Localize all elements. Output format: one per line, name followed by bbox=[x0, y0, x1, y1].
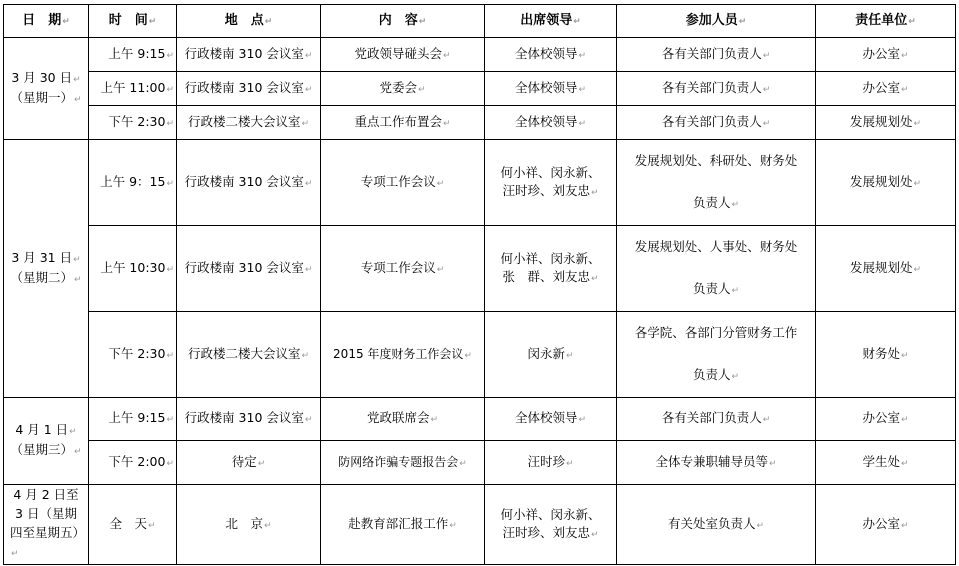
header-attendees: 参加人员 bbox=[617, 5, 816, 38]
place-cell: 行政楼南 310 会议室 bbox=[177, 398, 321, 441]
leaders-cell: 何小祥、闵永新、汪时珍、刘友忠 bbox=[485, 485, 617, 565]
table-row: 4 月 2 日至 3 日（星期四至星期五） 全 天 北 京 赴教育部汇报工作 何… bbox=[4, 485, 956, 565]
content-cell: 党政联席会 bbox=[321, 398, 485, 441]
content-cell: 党委会 bbox=[321, 72, 485, 106]
header-place: 地 点 bbox=[177, 5, 321, 38]
time-cell: 上午 9：15 bbox=[89, 140, 177, 226]
table-row: 上午 10:30 行政楼南 310 会议室 专项工作会议 何小祥、闵永新、张 群… bbox=[4, 226, 956, 312]
attendees-cell: 全体专兼职辅导员等 bbox=[617, 441, 816, 485]
content-cell: 专项工作会议 bbox=[321, 140, 485, 226]
content-cell: 防网络诈骗专题报告会 bbox=[321, 441, 485, 485]
leaders-cell: 何小祥、闵永新、张 群、刘友忠 bbox=[485, 226, 617, 312]
unit-cell: 财务处 bbox=[816, 312, 956, 398]
date-cell: 3 月 31 日（星期二） bbox=[4, 140, 89, 398]
time-cell: 下午 2:00 bbox=[89, 441, 177, 485]
header-unit: 责任单位 bbox=[816, 5, 956, 38]
content-cell: 2015 年度财务工作会议 bbox=[321, 312, 485, 398]
time-cell: 上午 9:15 bbox=[89, 38, 177, 72]
place-cell: 行政楼南 310 会议室 bbox=[177, 140, 321, 226]
content-cell: 重点工作布置会 bbox=[321, 106, 485, 140]
time-cell: 全 天 bbox=[89, 485, 177, 565]
unit-cell: 发展规划处 bbox=[816, 140, 956, 226]
place-cell: 待定 bbox=[177, 441, 321, 485]
header-leaders: 出席领导 bbox=[485, 5, 617, 38]
place-cell: 北 京 bbox=[177, 485, 321, 565]
header-date: 日 期 bbox=[4, 5, 89, 38]
table-row: 下午 2:30 行政楼二楼大会议室 2015 年度财务工作会议 闵永新 各学院、… bbox=[4, 312, 956, 398]
date-cell: 3 月 30 日（星期一） bbox=[4, 38, 89, 140]
attendees-cell: 各学院、各部门分管财务工作负责人 bbox=[617, 312, 816, 398]
time-cell: 下午 2:30 bbox=[89, 312, 177, 398]
leaders-cell: 闵永新 bbox=[485, 312, 617, 398]
attendees-cell: 发展规划处、科研处、财务处负责人 bbox=[617, 140, 816, 226]
header-row: 日 期 时 间 地 点 内 容 出席领导 参加人员 责任单位 bbox=[4, 5, 956, 38]
leaders-cell: 何小祥、闵永新、汪时珍、刘友忠 bbox=[485, 140, 617, 226]
attendees-cell: 有关处室负责人 bbox=[617, 485, 816, 565]
leaders-cell: 全体校领导 bbox=[485, 398, 617, 441]
leaders-cell: 全体校领导 bbox=[485, 106, 617, 140]
time-cell: 上午 10:30 bbox=[89, 226, 177, 312]
attendees-cell: 各有关部门负责人 bbox=[617, 398, 816, 441]
time-cell: 上午 11:00 bbox=[89, 72, 177, 106]
header-time: 时 间 bbox=[89, 5, 177, 38]
content-cell: 专项工作会议 bbox=[321, 226, 485, 312]
unit-cell: 办公室 bbox=[816, 485, 956, 565]
unit-cell: 发展规划处 bbox=[816, 106, 956, 140]
attendees-cell: 发展规划处、人事处、财务处负责人 bbox=[617, 226, 816, 312]
schedule-table: 日 期 时 间 地 点 内 容 出席领导 参加人员 责任单位 3 月 30 日（… bbox=[3, 4, 956, 565]
time-cell: 上午 9:15 bbox=[89, 398, 177, 441]
place-cell: 行政楼二楼大会议室 bbox=[177, 106, 321, 140]
leaders-cell: 全体校领导 bbox=[485, 38, 617, 72]
header-content: 内 容 bbox=[321, 5, 485, 38]
unit-cell: 学生处 bbox=[816, 441, 956, 485]
leaders-cell: 汪时珍 bbox=[485, 441, 617, 485]
content-cell: 赴教育部汇报工作 bbox=[321, 485, 485, 565]
place-cell: 行政楼南 310 会议室 bbox=[177, 38, 321, 72]
unit-cell: 办公室 bbox=[816, 72, 956, 106]
place-cell: 行政楼南 310 会议室 bbox=[177, 72, 321, 106]
attendees-cell: 各有关部门负责人 bbox=[617, 72, 816, 106]
date-cell: 4 月 2 日至 3 日（星期四至星期五） bbox=[4, 485, 89, 565]
unit-cell: 办公室 bbox=[816, 398, 956, 441]
table-row: 下午 2:00 待定 防网络诈骗专题报告会 汪时珍 全体专兼职辅导员等 学生处 bbox=[4, 441, 956, 485]
unit-cell: 发展规划处 bbox=[816, 226, 956, 312]
unit-cell: 办公室 bbox=[816, 38, 956, 72]
table-row: 上午 11:00 行政楼南 310 会议室 党委会 全体校领导 各有关部门负责人… bbox=[4, 72, 956, 106]
attendees-cell: 各有关部门负责人 bbox=[617, 106, 816, 140]
date-cell: 4 月 1 日（星期三） bbox=[4, 398, 89, 485]
table-row: 3 月 30 日（星期一） 上午 9:15 行政楼南 310 会议室 党政领导碰… bbox=[4, 38, 956, 72]
attendees-cell: 各有关部门负责人 bbox=[617, 38, 816, 72]
place-cell: 行政楼南 310 会议室 bbox=[177, 226, 321, 312]
table-row: 4 月 1 日（星期三） 上午 9:15 行政楼南 310 会议室 党政联席会 … bbox=[4, 398, 956, 441]
table-row: 下午 2:30 行政楼二楼大会议室 重点工作布置会 全体校领导 各有关部门负责人… bbox=[4, 106, 956, 140]
table-row: 3 月 31 日（星期二） 上午 9：15 行政楼南 310 会议室 专项工作会… bbox=[4, 140, 956, 226]
content-cell: 党政领导碰头会 bbox=[321, 38, 485, 72]
time-cell: 下午 2:30 bbox=[89, 106, 177, 140]
leaders-cell: 全体校领导 bbox=[485, 72, 617, 106]
place-cell: 行政楼二楼大会议室 bbox=[177, 312, 321, 398]
